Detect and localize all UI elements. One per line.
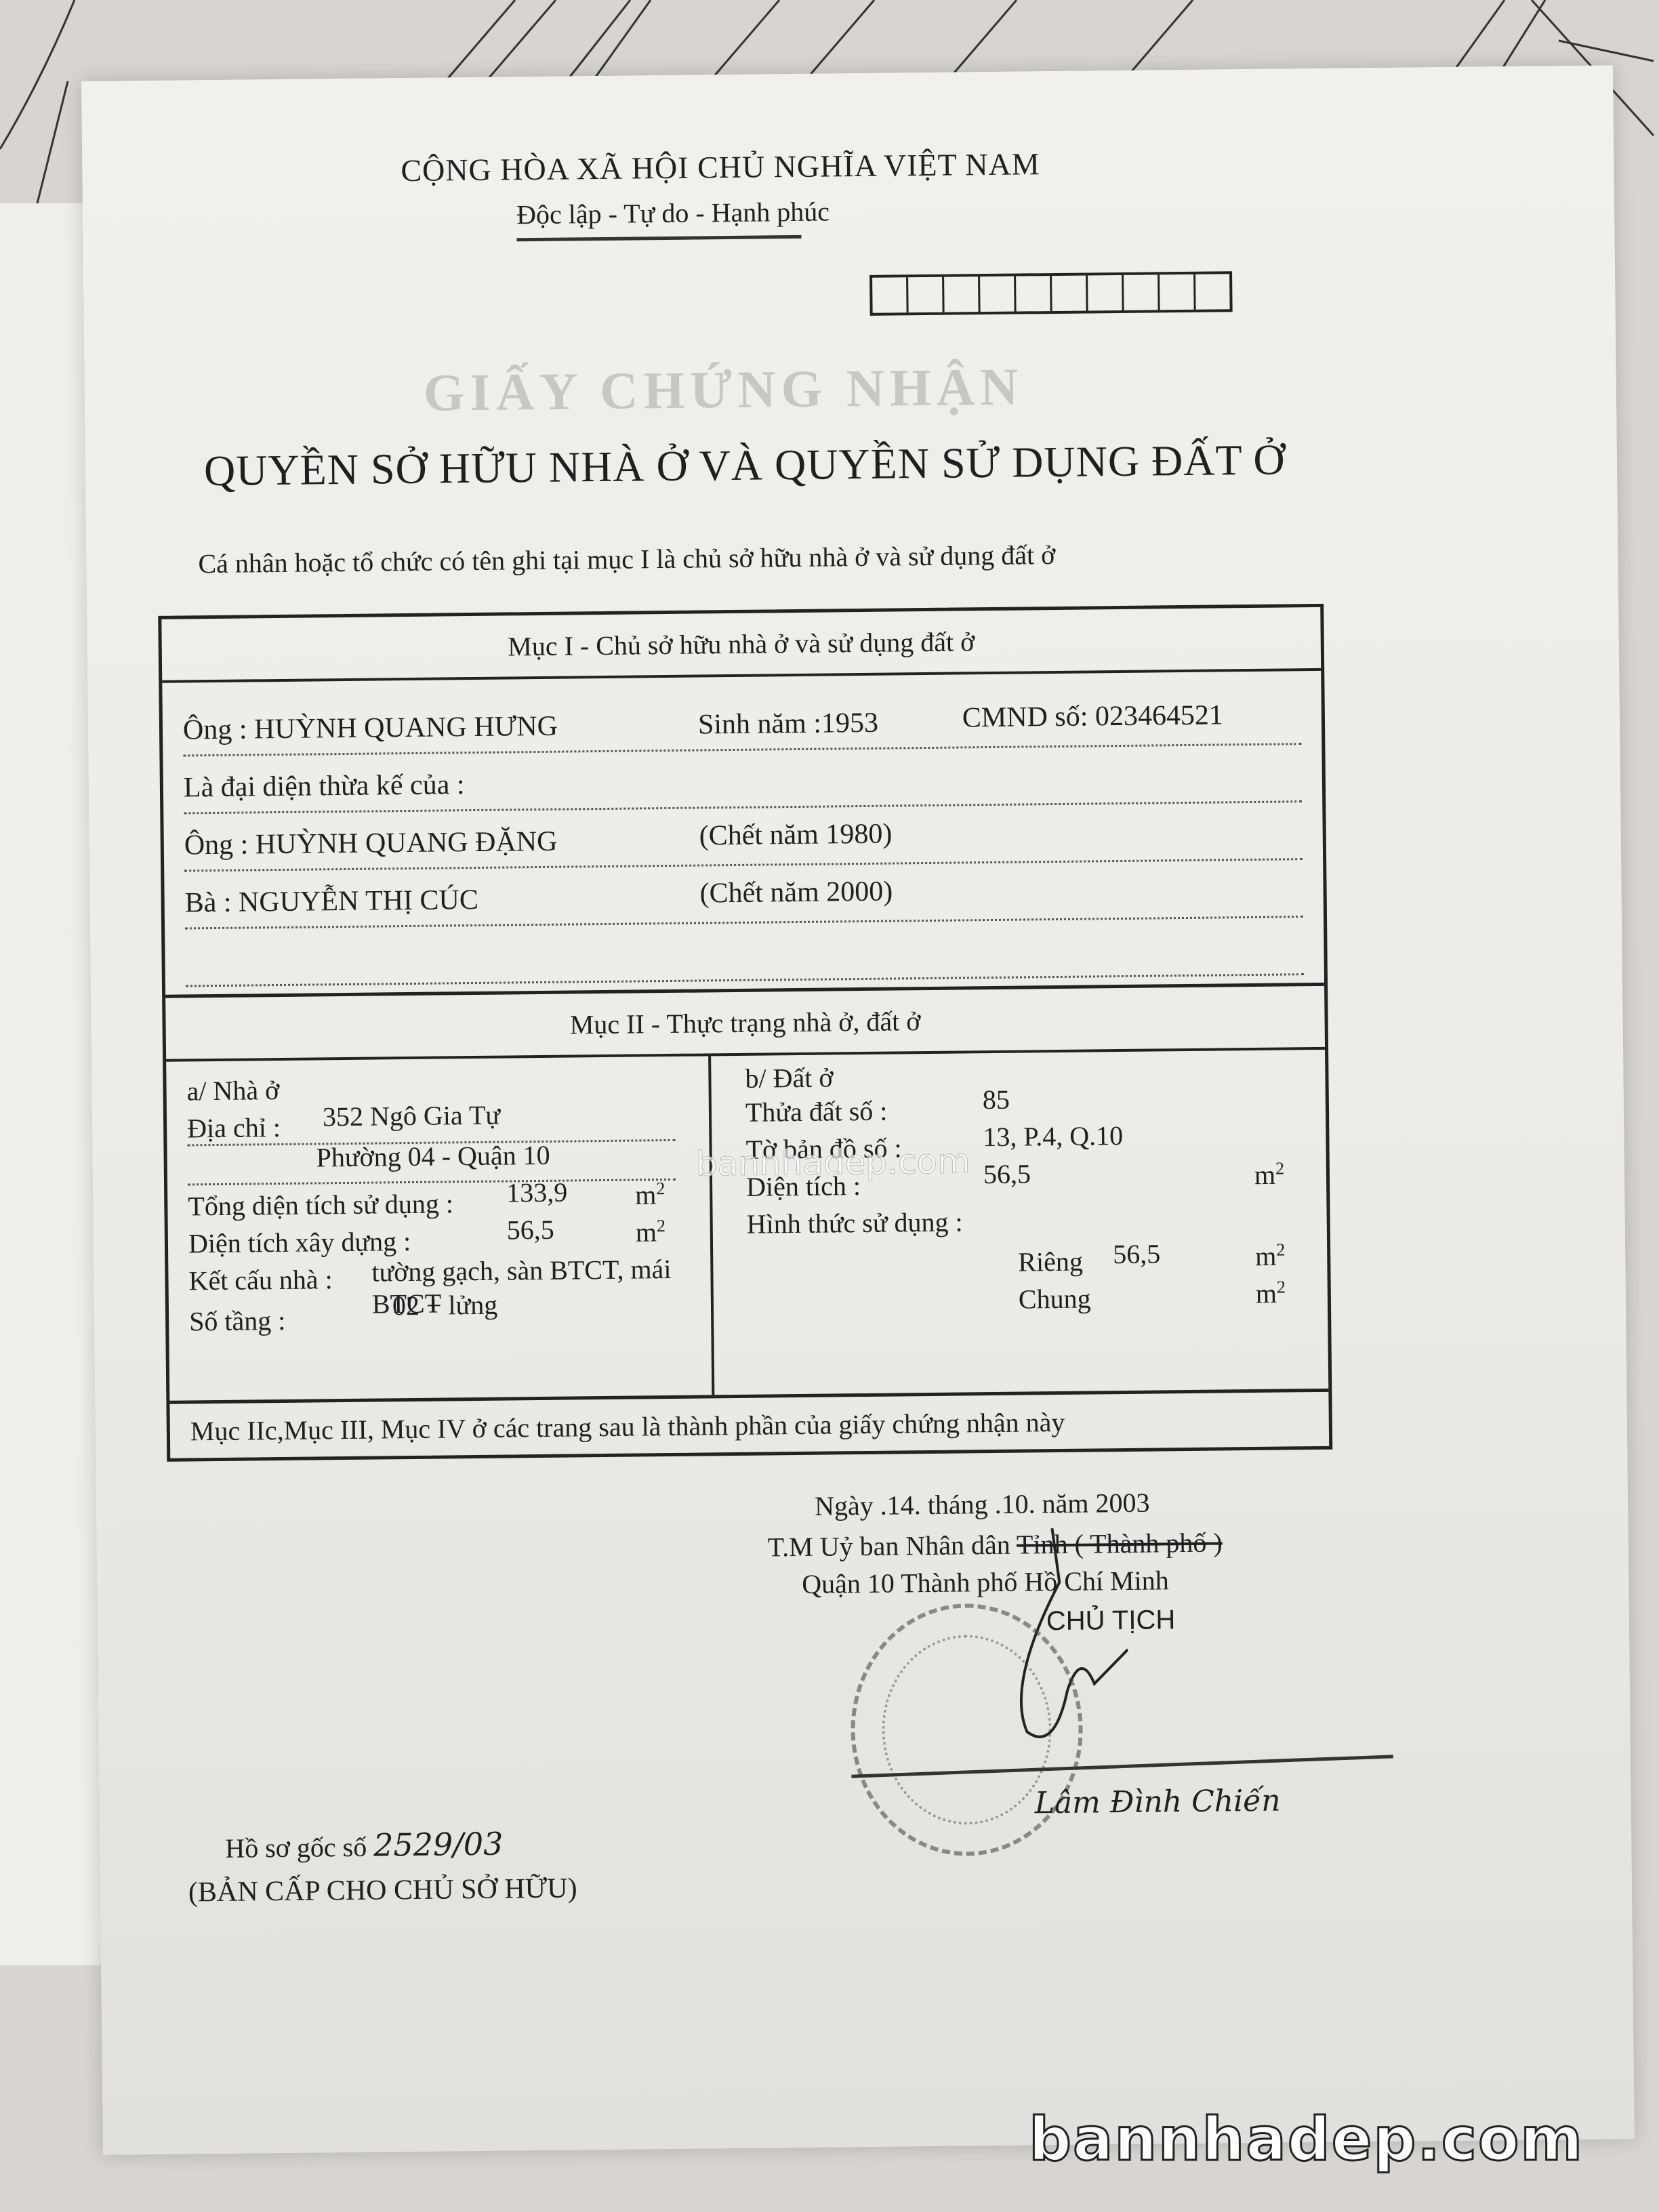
heir-label-row: Là đại diện thừa kế của :	[184, 756, 1303, 814]
heir-label: Là đại diện thừa kế của :	[184, 769, 465, 804]
copy-note: (BẢN CẤP CHO CHỦ SỞ HỮU)	[188, 1872, 577, 1908]
heir1-row: Ông : HUỲNH QUANG ĐẶNG (Chết năm 1980)	[184, 813, 1303, 872]
faded-heading: GIẤY CHỨNG NHẬN	[423, 356, 1023, 423]
land-area-unit: m2	[1254, 1159, 1285, 1191]
structure-label: Kết cấu nhà :	[188, 1263, 333, 1296]
land-title: b/ Đất ở	[745, 1061, 834, 1094]
section1-body: Ông : HUỲNH QUANG HƯNG Sinh năm :1953 CM…	[162, 671, 1324, 998]
issue-date: Ngày .14. tháng .10. năm 2003	[815, 1487, 1150, 1522]
shared-label: Chung	[1019, 1283, 1091, 1315]
watermark-brand: bannhadep.com	[1029, 2104, 1584, 2174]
heir1-name: Ông : HUỲNH QUANG ĐẶNG	[184, 825, 558, 862]
motto-underline	[516, 235, 801, 241]
certificate-table: Mục I - Chủ sở hữu nhà ở và sử dụng đất …	[158, 604, 1332, 1462]
private-value: 56,5	[1113, 1237, 1160, 1270]
certificate-page: CỘNG HÒA XÃ HỘI CHỦ NGHĨA VIỆT NAM Độc l…	[81, 65, 1635, 2154]
usage-label: Hình thức sử dụng :	[746, 1206, 962, 1240]
house-title: a/ Nhà ở	[186, 1074, 279, 1107]
shared-unit: m2	[1256, 1277, 1286, 1309]
heir2-note: (Chết năm 2000)	[699, 876, 893, 910]
watermark-overlay: bannhadep.com	[695, 1141, 970, 1183]
address-line2: Phường 04 - Quận 10	[316, 1139, 550, 1174]
section-continuation-note: Mục IIc,Mục III, Mục IV ở các trang sau …	[169, 1392, 1329, 1458]
owner-name: Ông : HUỲNH QUANG HƯNG	[183, 710, 558, 747]
house-column: a/ Nhà ở Địa chỉ : 352 Ngô Gia Tự Phường…	[166, 1056, 714, 1400]
private-label: Riêng	[1018, 1246, 1083, 1278]
heir1-note: (Chết năm 1980)	[699, 818, 892, 853]
private-unit: m2	[1255, 1240, 1286, 1272]
certificate-number-boxes	[869, 271, 1233, 316]
section2-body: a/ Nhà ở Địa chỉ : 352 Ngô Gia Tự Phường…	[166, 1050, 1328, 1404]
owner-row: Ông : HUỲNH QUANG HƯNG Sinh năm :1953 CM…	[183, 698, 1302, 756]
birth-year: Sinh năm :1953	[698, 707, 879, 741]
build-area-value: 56,5	[507, 1214, 554, 1246]
floors-value: 02 + lửng	[392, 1289, 498, 1322]
land-column: b/ Đất ở Thửa đất số : 85 Tờ bản đồ số :…	[711, 1050, 1328, 1395]
build-area-label: Diện tích xây dựng :	[188, 1225, 411, 1259]
signer-name: Lâm Đình Chiến	[1034, 1784, 1280, 1821]
plot-value: 85	[983, 1084, 1010, 1115]
national-motto: Độc lập - Tự do - Hạnh phúc	[516, 195, 829, 230]
heir2-row: Bà : NGUYỄN THỊ CÚC (Chết năm 2000)	[184, 871, 1303, 929]
certificate-subtitle: Cá nhân hoặc tổ chức có tên ghi tại mục …	[198, 539, 1055, 579]
plot-label: Thửa đất số :	[745, 1095, 888, 1128]
total-area-value: 133,9	[506, 1176, 567, 1209]
record-number: Hồ sơ gốc số 2529/03	[225, 1826, 504, 1865]
address-line1: 352 Ngô Gia Tự	[323, 1099, 501, 1133]
total-area-unit: m2	[635, 1179, 665, 1211]
section1-heading: Mục I - Chủ sở hữu nhà ở và sử dụng đất …	[161, 607, 1321, 683]
floors-label: Số tầng :	[189, 1305, 286, 1337]
heir2-name: Bà : NGUYỄN THỊ CÚC	[184, 884, 478, 920]
section2-heading: Mục II - Thực trạng nhà ở, đất ở	[165, 986, 1325, 1062]
build-area-unit: m2	[636, 1216, 666, 1248]
map-value: 13, P.4, Q.10	[983, 1120, 1123, 1153]
id-number: CMND số: 023464521	[962, 699, 1224, 734]
total-area-label: Tổng diện tích sử dụng :	[188, 1187, 453, 1222]
blank-row	[185, 928, 1304, 987]
certificate-title: QUYỀN SỞ HỮU NHÀ Ở VÀ QUYỀN SỬ DỤNG ĐẤT …	[204, 434, 1286, 496]
land-area-value: 56,5	[983, 1158, 1031, 1190]
country-name: CỘNG HÒA XÃ HỘI CHỦ NGHĨA VIỆT NAM	[401, 146, 1040, 188]
